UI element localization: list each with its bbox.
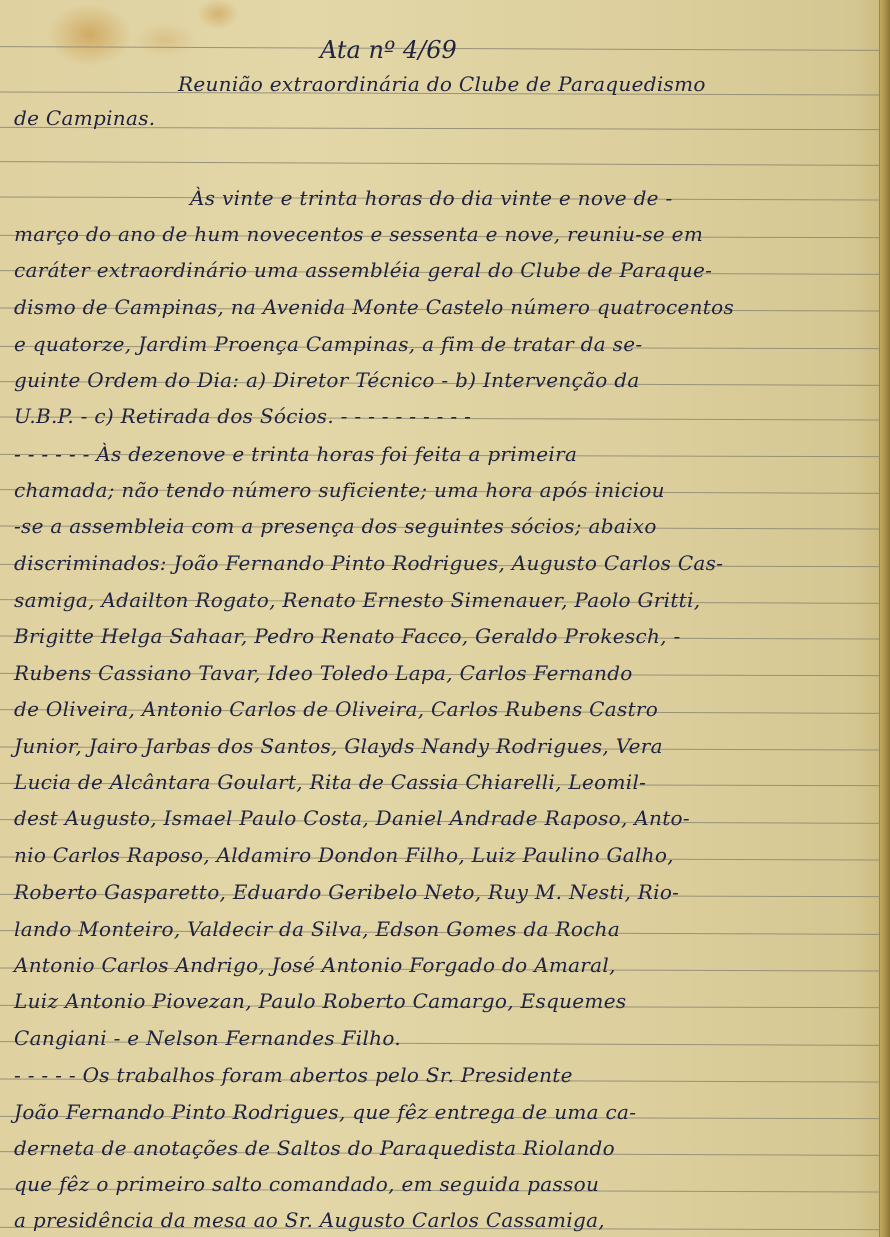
- text-line: dest Augusto, Ismael Paulo Costa, Daniel…: [14, 806, 876, 830]
- text-line: lando Monteiro, Valdecir da Silva, Edson…: [14, 917, 876, 941]
- text-line: Rubens Cassiano Tavar, Ideo Toledo Lapa,…: [14, 661, 876, 685]
- document-title: Ata nº 4/69: [320, 36, 457, 64]
- heading-line-2: de Campinas.: [14, 106, 876, 130]
- text-line: Cangiani - e Nelson Fernandes Filho.: [14, 1026, 876, 1050]
- text-line: guinte Ordem do Dia: a) Diretor Técnico …: [14, 368, 876, 392]
- text-line: Lucia de Alcântara Goulart, Rita de Cass…: [14, 770, 876, 794]
- text-line: Junior, Jairo Jarbas dos Santos, Glayds …: [14, 734, 876, 758]
- text-line: Antonio Carlos Andrigo, José Antonio For…: [14, 953, 876, 977]
- text-line: caráter extraordinário uma assembléia ge…: [14, 258, 876, 282]
- text-line: samiga, Adailton Rogato, Renato Ernesto …: [14, 588, 876, 612]
- text-line: e quatorze, Jardim Proença Campinas, a f…: [14, 332, 876, 356]
- text-line: de Oliveira, Antonio Carlos de Oliveira,…: [14, 697, 876, 721]
- text-line: - - - - - - Às dezenove e trinta horas f…: [14, 442, 876, 466]
- text-line: a presidência da mesa ao Sr. Augusto Car…: [14, 1208, 876, 1232]
- text-line: João Fernando Pinto Rodrigues, que fêz e…: [14, 1100, 876, 1124]
- text-line: derneta de anotações de Saltos do Paraqu…: [14, 1136, 876, 1160]
- text-line: U.B.P. - c) Retirada dos Sócios. - - - -…: [14, 404, 876, 428]
- text-line: Brigitte Helga Sahaar, Pedro Renato Facc…: [14, 624, 876, 648]
- text-line: nio Carlos Raposo, Aldamiro Dondon Filho…: [14, 843, 876, 867]
- text-line: discriminados: João Fernando Pinto Rodri…: [14, 551, 876, 575]
- text-line: -se a assembleia com a presença dos segu…: [14, 514, 876, 538]
- text-line: chamada; não tendo número suficiente; um…: [14, 478, 876, 502]
- text-line: - - - - - Os trabalhos foram abertos pel…: [14, 1063, 876, 1087]
- text-line: Às vinte e trinta horas do dia vinte e n…: [190, 186, 876, 210]
- text-line: março do ano de hum novecentos e sessent…: [14, 222, 876, 246]
- text-line: Luiz Antonio Piovezan, Paulo Roberto Cam…: [14, 989, 876, 1013]
- notebook-binding-edge: [879, 0, 890, 1237]
- text-line: dismo de Campinas, na Avenida Monte Cast…: [14, 295, 876, 319]
- text-line: Roberto Gasparetto, Eduardo Geribelo Net…: [14, 880, 876, 904]
- heading-line-1: Reunião extraordinária do Clube de Paraq…: [178, 72, 876, 96]
- text-line: que fêz o primeiro salto comandado, em s…: [14, 1172, 876, 1196]
- ruled-line: [0, 161, 880, 166]
- notebook-page: Ata nº 4/69 Reunião extraordinária do Cl…: [0, 0, 890, 1237]
